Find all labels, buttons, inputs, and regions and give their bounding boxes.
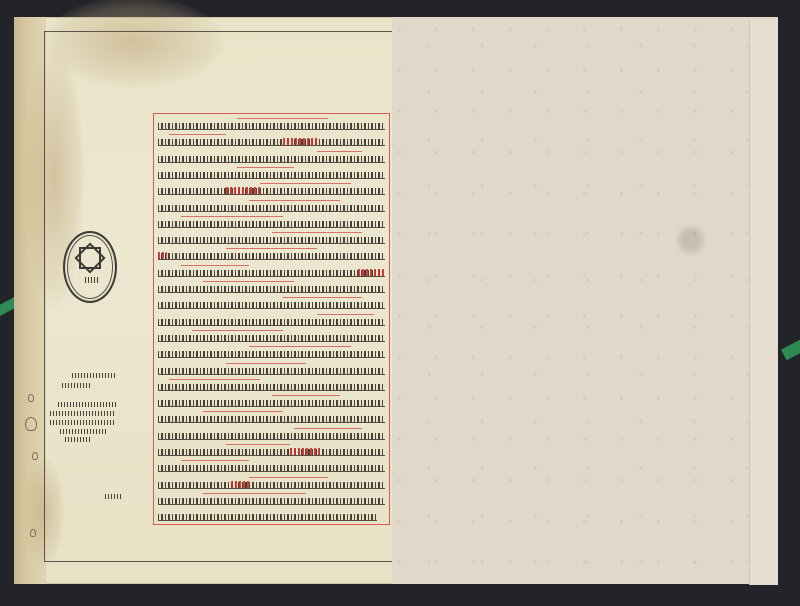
manuscript-line bbox=[158, 170, 385, 180]
red-overline bbox=[226, 248, 317, 249]
red-overline bbox=[192, 330, 283, 331]
ink-text bbox=[158, 286, 385, 293]
manuscript-line bbox=[158, 284, 385, 294]
ink-text bbox=[158, 433, 385, 440]
manuscript-line bbox=[158, 463, 385, 473]
ink-text bbox=[158, 335, 385, 342]
red-overline bbox=[317, 151, 362, 152]
red-overline bbox=[272, 232, 363, 233]
ink-text bbox=[158, 221, 385, 228]
ink-text bbox=[158, 319, 385, 326]
red-overline bbox=[283, 297, 362, 298]
manuscript-line bbox=[158, 300, 385, 310]
manuscript-line bbox=[158, 382, 385, 392]
manuscript-line bbox=[158, 349, 385, 359]
seal-caption bbox=[85, 277, 99, 283]
manuscript-line bbox=[158, 398, 385, 408]
rubric-text bbox=[283, 138, 317, 145]
right-page bbox=[392, 17, 778, 584]
margin-note-line bbox=[62, 383, 92, 388]
seal-star-icon-2 bbox=[79, 247, 101, 269]
manuscript-line bbox=[158, 414, 385, 424]
ink-text bbox=[158, 514, 377, 521]
margin-note-line bbox=[72, 373, 117, 378]
margin-note-line bbox=[65, 437, 90, 442]
red-overline bbox=[249, 477, 328, 478]
red-overline bbox=[249, 346, 351, 347]
margin-note-line bbox=[58, 402, 116, 407]
ink-text bbox=[158, 156, 385, 163]
ink-text bbox=[158, 449, 385, 456]
red-overline bbox=[181, 265, 249, 266]
ink-text bbox=[158, 351, 385, 358]
ink-text bbox=[158, 482, 385, 489]
corner-mark-4 bbox=[30, 529, 36, 537]
manuscript-line bbox=[158, 121, 385, 131]
red-overline bbox=[169, 134, 226, 135]
manuscript-line bbox=[158, 480, 385, 490]
outer-rule-left bbox=[44, 31, 45, 561]
manuscript-line bbox=[158, 251, 385, 261]
manuscript-line bbox=[158, 219, 385, 229]
manuscript-line bbox=[158, 512, 385, 522]
manuscript-line bbox=[158, 268, 385, 278]
rubric-text bbox=[226, 187, 260, 194]
ink-text bbox=[158, 172, 385, 179]
ink-text bbox=[158, 400, 385, 407]
outer-rule-top bbox=[44, 31, 399, 32]
red-overline bbox=[203, 281, 294, 282]
backdrop-green-stripe-right bbox=[781, 336, 800, 361]
margin-note-line bbox=[60, 429, 108, 434]
foxing-spot bbox=[672, 225, 710, 255]
margin-note-line bbox=[50, 411, 116, 416]
ink-text bbox=[158, 253, 385, 260]
red-overline bbox=[249, 200, 340, 201]
red-overline bbox=[226, 363, 305, 364]
red-overline bbox=[203, 411, 282, 412]
manuscript-line bbox=[158, 203, 385, 213]
ink-text bbox=[158, 368, 385, 375]
ink-text bbox=[158, 188, 385, 195]
manuscript-line bbox=[158, 317, 385, 327]
margin-note-line bbox=[105, 494, 123, 499]
outer-rule-bottom bbox=[44, 561, 399, 562]
rubric-text bbox=[231, 481, 249, 488]
ink-text bbox=[158, 416, 385, 423]
rubric-text bbox=[358, 269, 385, 276]
manuscript-line bbox=[158, 431, 385, 441]
library-seal bbox=[63, 231, 117, 303]
red-overline bbox=[294, 428, 362, 429]
rubric-text bbox=[158, 252, 167, 259]
corner-mark-3 bbox=[32, 452, 38, 460]
manuscript-line bbox=[158, 235, 385, 245]
corner-mark-1 bbox=[28, 394, 34, 402]
red-overline bbox=[237, 118, 328, 119]
ink-text bbox=[158, 384, 385, 391]
red-overline bbox=[226, 444, 290, 445]
ink-text bbox=[158, 123, 385, 130]
red-overline bbox=[317, 314, 374, 315]
ink-text bbox=[158, 498, 385, 505]
main-text-block bbox=[153, 113, 390, 525]
ink-text bbox=[158, 139, 385, 146]
manuscript-line bbox=[158, 447, 385, 457]
manuscript-line bbox=[158, 366, 385, 376]
red-overline bbox=[169, 379, 260, 380]
margin-note-line bbox=[50, 420, 116, 425]
corner-mark-2 bbox=[25, 417, 37, 431]
ink-text bbox=[158, 237, 385, 244]
ink-text bbox=[158, 270, 385, 277]
ink-text bbox=[158, 465, 385, 472]
red-overline bbox=[237, 167, 294, 168]
manuscript-line bbox=[158, 137, 385, 147]
red-overline bbox=[203, 493, 305, 494]
manuscript-line bbox=[158, 186, 385, 196]
manuscript-line bbox=[158, 496, 385, 506]
rubric-text bbox=[290, 448, 322, 455]
manuscript-line bbox=[158, 333, 385, 343]
red-overline bbox=[181, 460, 249, 461]
right-page-flap bbox=[749, 20, 778, 585]
ink-text bbox=[158, 205, 385, 212]
red-overline bbox=[272, 395, 340, 396]
manuscript-line bbox=[158, 154, 385, 164]
red-overline bbox=[181, 216, 283, 217]
left-page bbox=[14, 17, 402, 584]
red-overline bbox=[260, 183, 351, 184]
ink-text bbox=[158, 302, 385, 309]
